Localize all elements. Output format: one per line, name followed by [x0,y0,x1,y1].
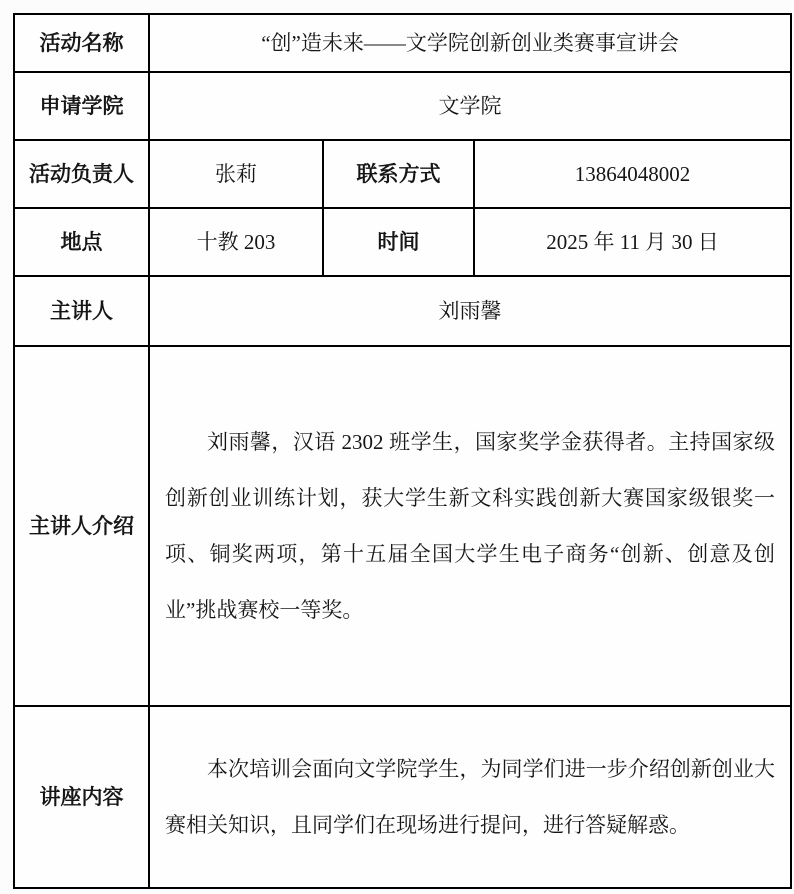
location-value: 十教 203 [149,208,323,276]
row-lecture-content: 讲座内容 本次培训会面向文学院学生，为同学们进一步介绍创新创业大赛相关知识，且同… [14,706,791,888]
row-leader-contact: 活动负责人 张莉 联系方式 13864048002 [14,140,791,208]
time-value: 2025 年 11 月 30 日 [474,208,791,276]
speaker-label: 主讲人 [14,276,149,346]
lecture-content-label: 讲座内容 [14,706,149,888]
location-label: 地点 [14,208,149,276]
speaker-value: 刘雨馨 [149,276,791,346]
row-location-time: 地点 十教 203 时间 2025 年 11 月 30 日 [14,208,791,276]
row-speaker-intro: 主讲人介绍 刘雨馨，汉语 2302 班学生，国家奖学金获得者。主持国家级创新创业… [14,346,791,706]
applying-college-value: 文学院 [149,72,791,140]
contact-value: 13864048002 [474,140,791,208]
lecture-content-cell: 本次培训会面向文学院学生，为同学们进一步介绍创新创业大赛相关知识，且同学们在现场… [149,706,791,888]
speaker-intro-label: 主讲人介绍 [14,346,149,706]
speaker-intro-cell: 刘雨馨，汉语 2302 班学生，国家奖学金获得者。主持国家级创新创业训练计划，获… [149,346,791,706]
activity-name-label: 活动名称 [14,14,149,72]
leader-value: 张莉 [149,140,323,208]
lecture-content-paragraph: 本次培训会面向文学院学生，为同学们进一步介绍创新创业大赛相关知识，且同学们在现场… [165,741,775,853]
speaker-intro-paragraph: 刘雨馨，汉语 2302 班学生，国家奖学金获得者。主持国家级创新创业训练计划，获… [165,414,775,638]
leader-label: 活动负责人 [14,140,149,208]
activity-form-table: 活动名称 “创”造未来——文学院创新创业类赛事宣讲会 申请学院 文学院 活动负责… [13,13,792,889]
row-speaker: 主讲人 刘雨馨 [14,276,791,346]
row-applying-college: 申请学院 文学院 [14,72,791,140]
row-activity-name: 活动名称 “创”造未来——文学院创新创业类赛事宣讲会 [14,14,791,72]
applying-college-label: 申请学院 [14,72,149,140]
activity-name-value: “创”造未来——文学院创新创业类赛事宣讲会 [149,14,791,72]
form-page: 活动名称 “创”造未来——文学院创新创业类赛事宣讲会 申请学院 文学院 活动负责… [0,0,794,894]
contact-label: 联系方式 [323,140,474,208]
time-label: 时间 [323,208,474,276]
